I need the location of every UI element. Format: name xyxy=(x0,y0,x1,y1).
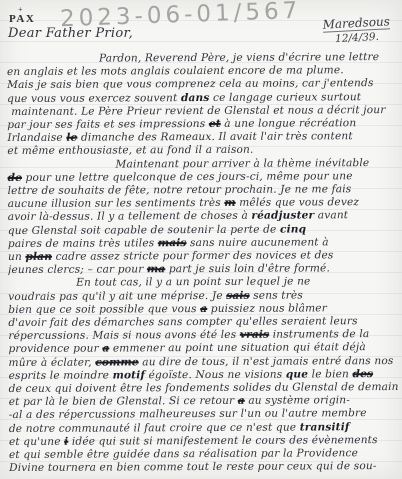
letter-text: au dire de tous, il n'est jamais entré d… xyxy=(139,355,394,368)
struck-word: mais xyxy=(158,237,187,249)
letter-line: Irlandaise le dimanche des Rameaux. Il a… xyxy=(7,130,397,145)
struck-word: a xyxy=(102,343,109,355)
letter-text: un xyxy=(8,251,26,263)
letter-text: lettre de souhaits de fête, notre retour… xyxy=(8,183,352,197)
letter-text: aucune illusion sur les sentiments très xyxy=(8,197,225,210)
struck-word: des xyxy=(352,368,373,380)
struck-word: plan xyxy=(25,251,52,263)
letter-text: Maintenant pour arriver à la thème inévi… xyxy=(115,157,369,170)
struck-word: vrais xyxy=(240,329,269,341)
letter-text: et par là le bien de Glenstal. Si ce ret… xyxy=(9,395,238,408)
letter-text: sans nuire aucunement à xyxy=(186,236,328,249)
letter-text: que Glenstal soit capable de soutenir la… xyxy=(8,223,280,236)
letter-text: le bien xyxy=(308,368,352,380)
letterhead-pax: + PAX xyxy=(9,13,35,25)
letter-line: Divine tournera en bien comme tout le re… xyxy=(9,460,399,475)
letter-text: répercussions. Mais si nous avons été le… xyxy=(8,329,240,342)
letter-text: d'avoir fait des démarches sans compter … xyxy=(8,315,357,329)
letter-text: idée qui suit si manifestement le cours … xyxy=(68,434,377,448)
letter-text: et même enthousiaste, et au fond il a ra… xyxy=(7,144,253,157)
letter-line: avoir là-dessus. Il y a tellement de cho… xyxy=(8,209,398,224)
letter-text: motif xyxy=(113,369,146,381)
letter-text: et qu'une xyxy=(9,436,64,448)
letter-text: providence pour xyxy=(8,343,102,355)
struck-word: le xyxy=(66,132,77,144)
dateline-date: 12/4/39. xyxy=(323,30,391,46)
letter-text: jeunes clercs; – car pour xyxy=(8,264,147,277)
letter-text: égoïste. Nous ne visions xyxy=(145,368,286,381)
letter-text: maintenant. Le Père Prieur revient de Gl… xyxy=(11,104,385,118)
letter-text: en anglais et les mots anglais coulaient… xyxy=(7,64,344,78)
letter-text: paires de mains très utiles xyxy=(8,237,158,250)
letter-text: que vous vous exercez souvent xyxy=(7,92,181,105)
letter-text: -al a des répercussions malheureuses sur… xyxy=(9,408,367,422)
letter-text: esprits le moindre xyxy=(9,369,113,382)
letter-text: Pardon, Reverend Père, je viens d'écrire… xyxy=(99,51,379,64)
struck-word: et xyxy=(209,118,221,130)
letter-text: et qui semble être guidée dans sa réalis… xyxy=(9,447,358,461)
letter-page: + PAX 2023-06-01/567 Maredsous 12/4/39. … xyxy=(0,0,402,479)
letter-text: Mais je sais bien que vous comprenez cel… xyxy=(7,78,374,92)
letter-text: puissiez nous blâmer xyxy=(207,302,327,315)
letter-text: transitif xyxy=(300,421,350,433)
letterhead-text: PAX xyxy=(9,13,35,25)
letter-text: emmener au point une situation qui était… xyxy=(109,342,366,355)
letter-text: mêlés que vous devez xyxy=(236,196,359,209)
letter-text: avant xyxy=(314,210,348,222)
letter-text: dimanche des Rameaux. Il avait l'air trè… xyxy=(77,130,352,143)
letter-text: avoir là-dessus. Il y a tellement de cho… xyxy=(8,210,252,223)
letter-text: voudrais pas qu'il y ait une méprise. Je xyxy=(8,290,226,303)
salutation: Dear Father Prior, xyxy=(8,26,133,41)
letter-text: Irlandaise xyxy=(7,132,66,144)
struck-word: m xyxy=(224,197,235,209)
struck-word: de xyxy=(8,172,23,184)
letter-text: réadjuster xyxy=(251,210,314,222)
letter-text: au système origin- xyxy=(245,395,350,408)
struck-word: ma xyxy=(147,263,165,275)
letter-text: de notre communauté il faut croire que c… xyxy=(9,421,300,435)
letter-text: part je suis loin d'être formé. xyxy=(165,263,330,276)
letter-text: à une longue récréation xyxy=(221,117,357,130)
letter-text: Divine tournera en bien comme tout le re… xyxy=(9,460,377,474)
letter-text: par jour ses faits et ses impressions xyxy=(7,118,209,131)
letter-text: ce langage curieux surtout xyxy=(209,91,361,104)
struck-word: a xyxy=(200,303,207,315)
struck-word: comme xyxy=(95,356,138,368)
letter-text: cadre assez stricte pour former des novi… xyxy=(52,249,334,262)
letter-text: En tout cas, il y a un point sur lequel … xyxy=(76,276,310,289)
letter-body: Pardon, Reverend Père, je viens d'écrire… xyxy=(7,51,399,476)
letter-text: cinq xyxy=(280,223,306,235)
letter-text: bien que ce soit possible que vous xyxy=(8,303,200,316)
struck-word: sais xyxy=(226,289,249,301)
letter-text: mûre à éclater, xyxy=(8,356,95,368)
letter-text: de ceux qui doivent être les fondements … xyxy=(9,381,399,395)
cross-icon: + xyxy=(18,5,23,14)
dateline: Maredsous 12/4/39. xyxy=(322,14,391,45)
letter-text: dans xyxy=(181,92,210,104)
letter-text: sens très xyxy=(250,289,303,301)
letter-text: instruments de la xyxy=(269,328,369,341)
letter-text: que xyxy=(286,368,308,380)
letter-text: pour une lettre quelconque de ces jours-… xyxy=(22,170,353,184)
